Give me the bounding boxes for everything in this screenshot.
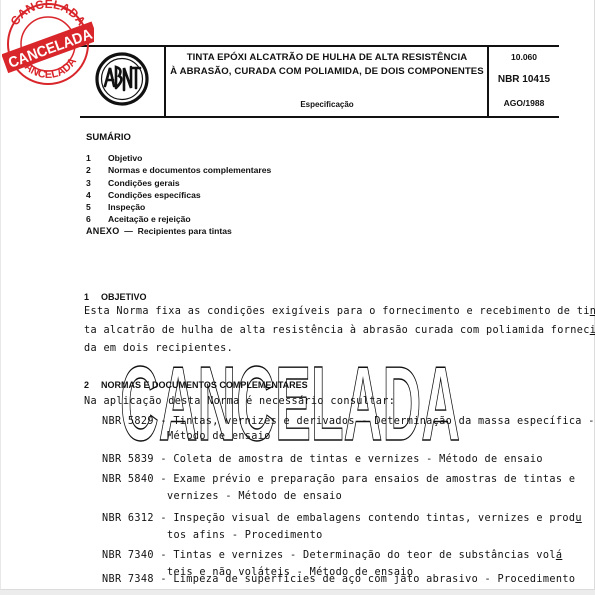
toc-item[interactable]: 1Objetivo (86, 152, 271, 164)
reference-code: NBR 5840 (102, 474, 154, 485)
toc-number: 6 (86, 213, 108, 225)
toc-item[interactable]: 3Condições gerais (86, 177, 271, 189)
cancelled-stamp-icon: CANCELADA CANCELADA CANCELADA (2, 0, 94, 88)
cancelada-watermark: CANCELADA (118, 360, 463, 445)
toc-item[interactable]: 5Inspeção (86, 201, 271, 213)
reference-code: NBR 6312 (102, 513, 154, 524)
section-title: OBJETIVO (101, 292, 147, 302)
toc-item[interactable]: 6Aceitação e rejeição (86, 213, 271, 225)
document-type: Especificação (168, 100, 486, 109)
reference-title: Exame prévio e preparação para ensaios d… (173, 474, 575, 485)
annex-label: ANEXO (86, 226, 120, 236)
classification-code: 10.060 (490, 52, 558, 62)
toc-number: 2 (86, 164, 108, 176)
reference-continuation: tos afins - Procedimento (167, 529, 323, 543)
toc-label: Condições específicas (108, 190, 201, 200)
section-1-body: Esta Norma fixa as condições exigíveis p… (84, 303, 564, 359)
table-of-contents: 1Objetivo 2Normas e documentos complemen… (86, 152, 271, 226)
publication-date: AGO/1988 (490, 98, 558, 108)
toc-item[interactable]: 2Normas e documentos complementares (86, 164, 271, 176)
reference-title: Tintas e vernizes - Determinação do teor… (173, 550, 556, 561)
document-title: TINTA EPÓXI ALCATRÃO DE HULHA DE ALTA RE… (168, 51, 486, 79)
header-divider-left (164, 45, 166, 118)
toc-label: Aceitação e rejeição (108, 214, 191, 224)
toc-label: Inspeção (108, 202, 145, 212)
body-line: da em dois recipientes. (84, 340, 564, 359)
reference-title: Coleta de amostra de tintas e vernizes -… (173, 454, 543, 465)
body-line: ta alcatrão de hulha de alta resistência… (84, 322, 564, 341)
reference-item: NBR 5839 - Coleta de amostra de tintas e… (102, 451, 543, 469)
reference-code: NBR 5839 (102, 454, 154, 465)
annex-separator: — (124, 226, 133, 236)
body-line: Esta Norma fixa as condições exigíveis p… (84, 303, 564, 322)
reference-item: NBR 7340 - Tintas e vernizes - Determina… (102, 547, 562, 565)
annex-title: Recipientes para tintas (138, 226, 232, 236)
section-number: 2 (84, 380, 101, 390)
toc-label: Normas e documentos complementares (108, 165, 271, 175)
toc-number: 3 (86, 177, 108, 189)
reference-code: NBR 7340 (102, 550, 154, 561)
section-1-heading: 1OBJETIVO (84, 292, 147, 302)
page-bottom-edge (0, 590, 595, 595)
title-line-1: TINTA EPÓXI ALCATRÃO DE HULHA DE ALTA RE… (168, 51, 486, 65)
abnt-logo-icon (95, 52, 149, 106)
reference-title: Inspeção visual de embalagens contendo t… (173, 513, 575, 524)
toc-annex[interactable]: ANEXO — Recipientes para tintas (86, 226, 232, 236)
toc-label: Condições gerais (108, 178, 180, 188)
section-number: 1 (84, 292, 101, 302)
toc-label: Objetivo (108, 153, 142, 163)
svg-text:CANCELADA: CANCELADA (8, 0, 89, 28)
toc-number: 4 (86, 189, 108, 201)
title-line-2: À ABRASÃO, CURADA COM POLIAMIDA, DE DOIS… (168, 65, 486, 79)
svg-text:CANCELADA: CANCELADA (120, 360, 460, 445)
reference-title: Limpeza de superfícies de aço com jato a… (173, 574, 575, 585)
reference-item: NBR 6312 - Inspeção visual de embalagens… (102, 510, 582, 528)
reference-item: NBR 5840 - Exame prévio e preparação par… (102, 471, 575, 489)
standard-number: NBR 10415 (490, 74, 558, 85)
summary-title: SUMÁRIO (86, 132, 131, 143)
reference-code: NBR 7348 (102, 574, 154, 585)
reference-item: NBR 7348 - Limpeza de superfícies de aço… (102, 571, 575, 589)
toc-number: 1 (86, 152, 108, 164)
reference-continuation: vernizes - Método de ensaio (167, 490, 342, 504)
toc-item[interactable]: 4Condições específicas (86, 189, 271, 201)
toc-number: 5 (86, 201, 108, 213)
header-divider-right (487, 45, 489, 118)
